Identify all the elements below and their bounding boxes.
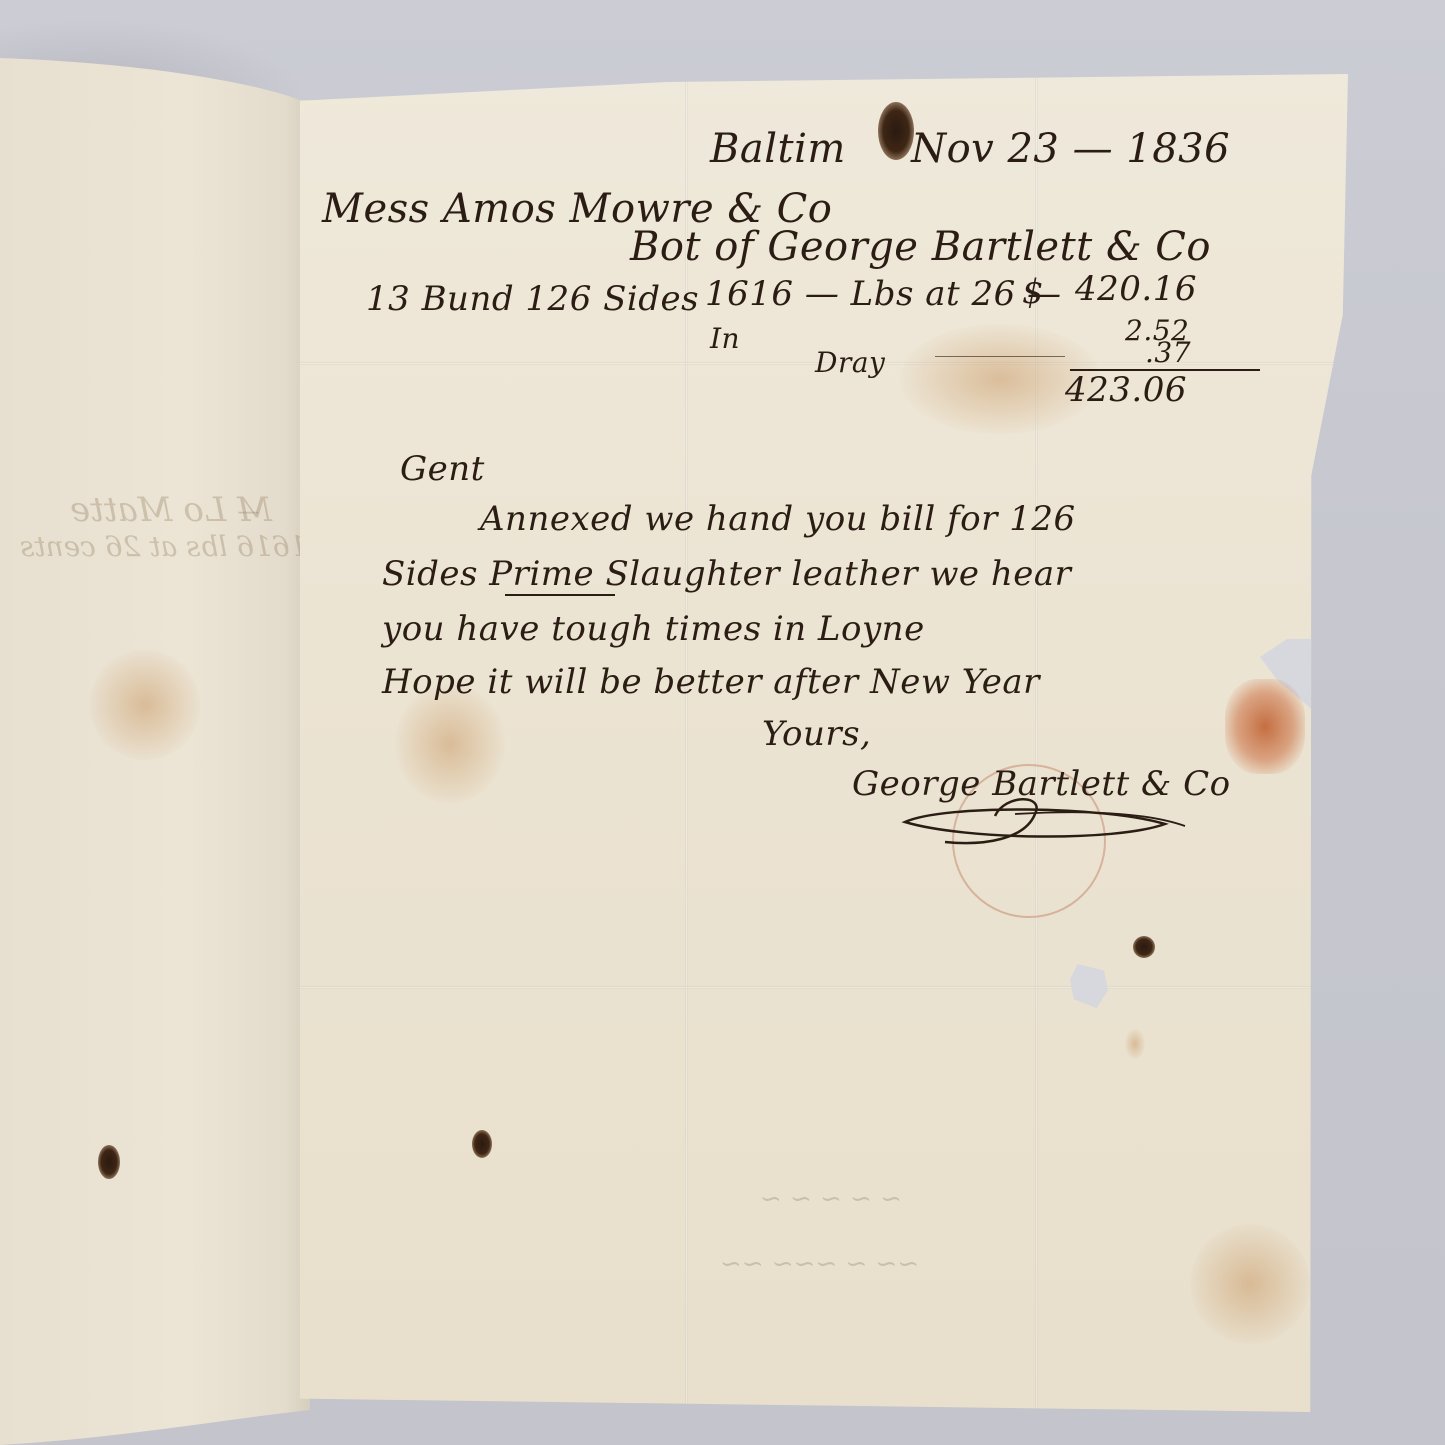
stain bbox=[1125, 1029, 1145, 1059]
fold-line bbox=[685, 74, 688, 1412]
currency-symbol: $ bbox=[1022, 272, 1044, 312]
ghost-text: 1616 lbs at 26 cents bbox=[20, 530, 308, 563]
invoice-label-in: In bbox=[710, 322, 740, 355]
body-line: Hope it will be better after New Year bbox=[382, 662, 1040, 702]
salutation: Gent bbox=[400, 449, 485, 489]
ledger-rule bbox=[935, 356, 1065, 357]
place-date: Baltim Nov 23 — 1836 bbox=[710, 126, 1230, 172]
stain bbox=[395, 684, 505, 804]
burn-spot bbox=[1133, 936, 1155, 958]
burn-spot bbox=[472, 1130, 492, 1158]
date: Nov 23 — 1836 bbox=[911, 126, 1230, 172]
body-line: you have tough times in Loyne bbox=[382, 609, 925, 649]
closing: Yours, bbox=[762, 714, 871, 754]
ghost-text: ~~ ~ ~~~ ~~ bbox=[720, 1249, 919, 1279]
invoice-amount: .37 bbox=[1145, 336, 1191, 369]
left-page: M̶ Lo Matte 1616 lbs at 26 cents bbox=[0, 0, 310, 1445]
ghost-text: ~ ~ ~ ~ ~ bbox=[760, 1184, 902, 1214]
fold-line bbox=[300, 986, 1348, 989]
stain bbox=[1190, 1224, 1310, 1344]
invoice-amount: 420.16 bbox=[1075, 269, 1197, 309]
photo-scene: M̶ Lo Matte 1616 lbs at 26 cents Baltim … bbox=[0, 0, 1445, 1445]
letter-sheet: Baltim Nov 23 — 1836 Mess Amos Mowre & C… bbox=[300, 74, 1348, 1412]
seller-line: Bot of George Bartlett & Co bbox=[630, 224, 1211, 270]
invoice-label-dray: Dray bbox=[815, 346, 885, 379]
place: Baltim bbox=[710, 126, 846, 172]
ghost-text: M̶ Lo Matte bbox=[70, 490, 272, 530]
underline-prime bbox=[505, 594, 615, 596]
invoice-total: 423.06 bbox=[1065, 370, 1187, 410]
body-line: Sides Prime Slaughter leather we hear bbox=[382, 554, 1071, 594]
paper-hole bbox=[1070, 964, 1108, 1008]
invoice-weight: 1616 — Lbs at 26 — bbox=[705, 274, 1062, 314]
stain bbox=[90, 650, 200, 760]
signature-flourish bbox=[885, 784, 1205, 854]
invoice-item: 13 Bund 126 Sides bbox=[366, 279, 699, 319]
body-line: Annexed we hand you bill for 126 bbox=[480, 499, 1076, 539]
rust-stain bbox=[1225, 679, 1305, 774]
burn-hole bbox=[98, 1145, 120, 1179]
